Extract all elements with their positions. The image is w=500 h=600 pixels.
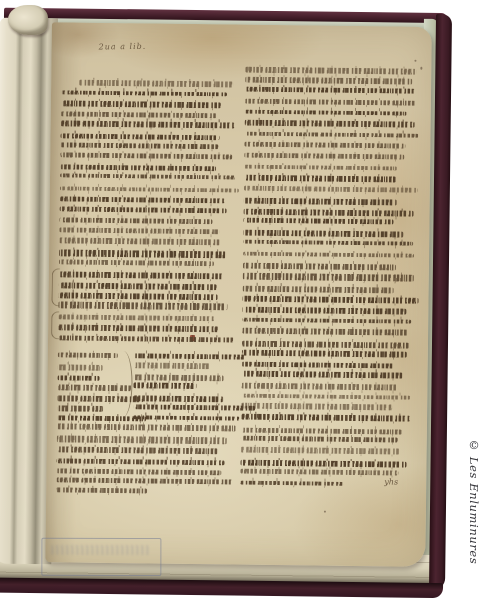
left-column-list-line [57,395,143,403]
stamp-smudge [51,545,150,555]
right-column-line [244,142,405,149]
right-column-line [244,165,397,171]
manuscript-text-layer: 2ua a lib. yhs [0,2,470,600]
left-column-main-line [58,302,227,311]
right-column-line [241,414,410,421]
left-column-list-line [57,405,103,412]
header-inscription: 2ua a lib. [99,42,147,52]
left-column-main-line [59,259,214,266]
left-column-main-line [60,186,239,193]
left-column-list-line [58,364,103,371]
left-column-main-line [60,152,232,160]
left-column-main-line [61,120,235,128]
right-column-line [241,393,410,399]
right-column-line [242,350,407,358]
left-column-lower-line [56,477,233,484]
right-column-line [242,328,409,336]
right-column-line [243,252,414,258]
left-column-main-line [59,227,219,234]
right-column-line [241,383,398,391]
right-column-line [245,109,407,116]
right-column-line [243,296,419,304]
right-column-line [243,240,413,246]
book: 2ua a lib. yhs [0,2,470,600]
right-column-line [245,76,412,84]
left-column-main-line [59,237,220,245]
ownership-stamp [41,538,161,576]
left-column-list-line [57,384,132,392]
left-column-list-notes-line [133,415,240,420]
left-column-list-notes-line [133,382,196,388]
right-column-line [243,218,393,225]
left-column-lower-line [57,424,236,432]
left-column-list-notes-line [133,404,255,411]
right-column-line [241,436,398,443]
right-column-line [245,87,415,94]
left-column-lower-line [57,458,225,465]
left-column-main-line [58,335,234,342]
right-column-line [243,273,414,282]
right-column-line [240,469,398,476]
left-column-list-notes-line [134,363,210,370]
left-column-main-line [60,142,218,149]
left-column-list-line [58,375,100,381]
right-column-line [243,262,396,270]
left-column-main-line [60,206,227,214]
right-column-line [242,370,403,379]
left-column-main-line [59,282,217,290]
left-column-main-line [59,271,223,279]
right-column-line [243,229,403,238]
right-column-line [240,480,343,486]
right-column-line [245,120,415,128]
left-column-main-line [61,101,221,108]
column-end-mark: yhs [384,477,398,486]
left-column-lower-line [57,446,218,454]
ink-speck [420,67,422,70]
right-column-line [244,197,397,205]
right-column-line [241,403,392,410]
left-column-lower-line [57,436,227,444]
left-column-main-line [60,196,225,203]
left-column-list-line [58,352,118,358]
left-column-main-line [59,217,212,224]
right-column-line [244,153,404,160]
left-column-main-line [60,173,236,180]
right-column-line [245,131,419,138]
right-column-line [242,306,406,315]
copyright-credit: © Les Enluminures [467,438,481,588]
left-column-main-line [58,324,218,332]
right-column-line [243,285,394,293]
left-column-list-notes-line [134,353,245,359]
left-column-lower-line [56,488,147,494]
left-column-main-line [58,314,214,321]
left-column-main-line [79,79,233,87]
ink-speck [324,511,326,513]
right-column-line [245,99,417,106]
left-column-main-line [61,90,227,96]
manuscript-photo: 2ua a lib. yhs © Les Enluminures [0,0,500,600]
left-column-main-line [59,292,218,300]
right-column-line [242,317,411,324]
right-column-line [241,446,400,454]
right-column-line [244,186,418,193]
right-column-line [244,174,396,182]
ink-speck [414,60,416,62]
